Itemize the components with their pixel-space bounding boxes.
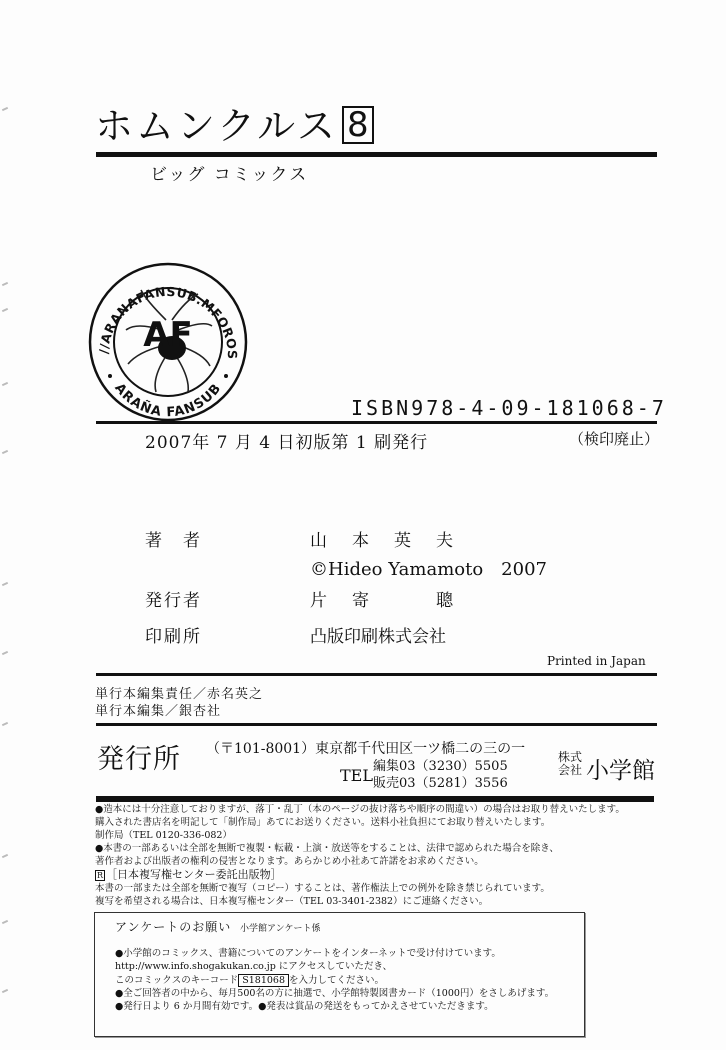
scan-mark <box>2 920 8 924</box>
credits-rule <box>96 673 657 676</box>
notice-line: 本書の一部または全部を無断で複写（コピー）することは、著作権法上での例外を除き禁… <box>95 883 550 895</box>
seal-note: （検印廃止） <box>569 428 659 449</box>
credit-value-publisher: 片 寄 聰 <box>310 586 457 611</box>
series-name: ビッグ コミックス <box>150 160 308 185</box>
publisher-rule <box>96 796 654 802</box>
scan-mark <box>2 722 8 726</box>
keycode-pre: このコミックスのキーコード <box>115 975 238 986</box>
corp-prefix: 株式会社 <box>558 751 584 777</box>
keycode-post: を入力してください。 <box>289 975 384 986</box>
tel-sales: 販売03（5281）3556 <box>373 772 508 791</box>
publisher-name: 小学館 <box>586 752 655 785</box>
fansub-stamp: HTTP://ARANAFANSUB.MFOROS.COM ARAÑA FANS… <box>86 260 250 424</box>
scan-mark <box>2 854 8 858</box>
isbn: ISBN978-4-09-181068-7 <box>351 396 667 420</box>
credit-value-printer: 凸版印刷株式会社 <box>310 622 446 647</box>
survey-title: アンケートのお願い <box>115 918 231 935</box>
scan-mark <box>2 989 8 993</box>
spider-icon: HTTP://ARANAFANSUB.MFOROS.COM ARAÑA FANS… <box>86 260 250 424</box>
survey-line: ●全ご回答者の中から、毎月500名の方に抽選で、小学館特製図書カード（1000円… <box>115 988 554 1000</box>
credit-value-author: 山 本 英 夫 <box>310 526 457 551</box>
survey-line: ●小学館のコミックス、書籍についてのアンケートをインターネットで受け付けています… <box>115 948 501 960</box>
notice-line: ●造本には十分注意しておりますが、落丁・乱丁（本のページの抜け落ちや順序の間違い… <box>95 804 625 816</box>
keycode: S181068 <box>238 974 289 987</box>
editorial-editor: 単行本編集／銀杏社 <box>95 700 221 719</box>
isbn-rule <box>96 421 657 424</box>
notice-line: 著作者および出版者の権利の侵害となります。あらかじめ小社あて許諾をお求めください… <box>95 856 484 868</box>
scan-mark <box>2 107 8 111</box>
credit-label-author: 著 者 <box>145 526 202 551</box>
notice-line: ●本書の一部あるいは全部を無断で複製・転載・上演・放送等をすることは、法律で認め… <box>95 843 559 855</box>
book-title: ホムンクルス8 <box>95 104 374 148</box>
scan-mark <box>2 450 8 454</box>
scan-mark <box>2 382 8 386</box>
scan-mark <box>2 582 8 586</box>
notice-line: 購入された書店名を明記して「制作局」あてにお送りください。送料小社負担にてお取り… <box>95 817 550 829</box>
publication-date: 2007年 7 月 4 日初版第 1 刷発行 <box>145 428 428 453</box>
survey-keycode-line: このコミックスのキーコードS181068を入力してください。 <box>115 974 384 987</box>
copyright: ©Hideo Yamamoto 2007 <box>310 555 547 581</box>
volume-number: 8 <box>342 106 374 144</box>
editorial-rule <box>96 723 657 726</box>
title-main: ホムンクルス <box>95 104 338 148</box>
survey-line: ●発行日より 6 か月間有効です。●発表は賞品の発送をもってかえさせていただきま… <box>115 1001 494 1013</box>
credit-label-publisher: 発行者 <box>145 586 202 611</box>
credit-label-printer: 印刷所 <box>145 622 202 647</box>
tel-label: TEL <box>340 766 373 785</box>
scan-mark <box>2 308 8 312</box>
corp-prefix-2: 会社 <box>558 764 584 777</box>
survey-url[interactable]: http://www.info.shogakukan.co.jp にアクセスして… <box>115 961 392 973</box>
svg-text:AF: AF <box>143 315 193 355</box>
survey-dept: 小学館アンケート係 <box>240 921 320 934</box>
notice-line: 制作局（TEL 0120-336-082） <box>95 830 232 842</box>
scan-mark <box>2 282 8 286</box>
printed-in-japan: Printed in Japan <box>547 654 646 668</box>
jrrc-label: ［日本複写権センター委託出版物］ <box>106 868 282 881</box>
notice-line: 複写を希望される場合は、日本複写権センター（TEL 03-3401-2382）に… <box>95 896 488 908</box>
title-rule <box>96 152 657 157</box>
publisher-label: 発行所 <box>97 737 181 776</box>
notice-line: R［日本複写権センター委託出版物］ <box>95 869 282 881</box>
scan-mark <box>2 651 8 655</box>
r-mark-icon: R <box>95 870 105 881</box>
svg-text:ARAÑA FANSUB: ARAÑA FANSUB <box>111 381 224 420</box>
